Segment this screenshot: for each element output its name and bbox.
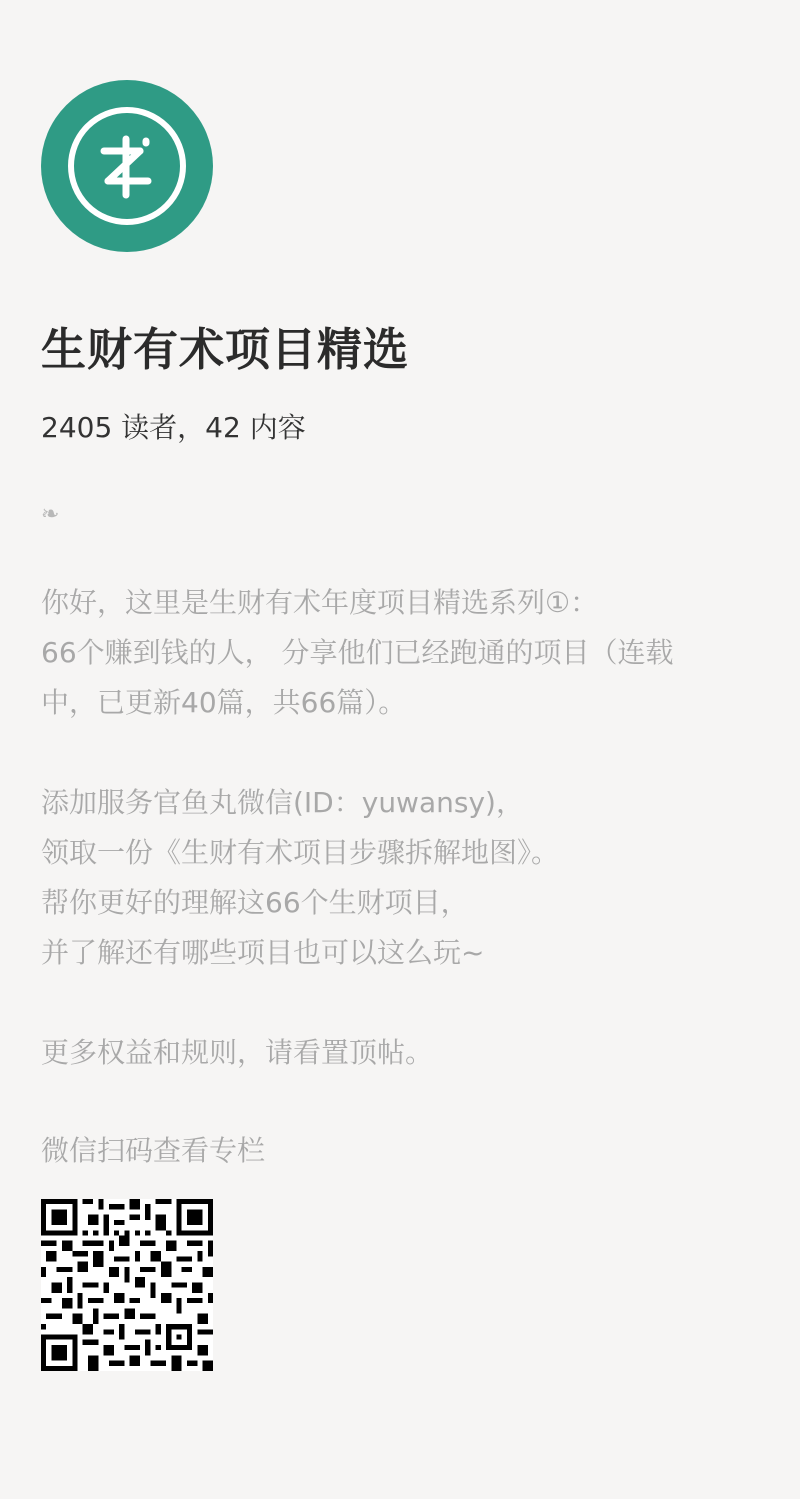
- qr-code-icon: [41, 1199, 213, 1371]
- description-line: 并了解还有哪些项目也可以这么玩~: [41, 928, 761, 978]
- column-stats: 2405 读者，42 内容: [41, 408, 306, 448]
- column-title: 生财有术项目精选: [41, 318, 409, 382]
- shengcai-logo-icon: [92, 131, 162, 201]
- description-line: 中，已更新40篇，共66篇）。: [41, 678, 761, 728]
- description-line: 你好，这里是生财有术年度项目精选系列①：: [41, 578, 761, 628]
- avatar-ring: [68, 107, 186, 225]
- qr-code[interactable]: [41, 1199, 213, 1371]
- description-line: 66个赚到钱的人， 分享他们已经跑通的项目（连载: [41, 628, 761, 678]
- description-line: 帮你更好的理解这66个生财项目，: [41, 878, 761, 928]
- description-paragraph: 添加服务官鱼丸微信(ID：yuwansy)， 领取一份《生财有术项目步骤拆解地图…: [41, 778, 761, 978]
- fleuron-divider-icon: ❧: [41, 500, 59, 530]
- description-line: 领取一份《生财有术项目步骤拆解地图》。: [41, 828, 761, 878]
- qr-label: 微信扫码查看专栏: [41, 1126, 265, 1176]
- description-paragraph: 你好，这里是生财有术年度项目精选系列①： 66个赚到钱的人， 分享他们已经跑通的…: [41, 578, 761, 728]
- column-description: 你好，这里是生财有术年度项目精选系列①： 66个赚到钱的人， 分享他们已经跑通的…: [41, 578, 761, 1078]
- description-paragraph: 更多权益和规则，请看置顶帖。: [41, 1028, 761, 1078]
- column-avatar: [41, 80, 213, 252]
- description-line: 添加服务官鱼丸微信(ID：yuwansy)，: [41, 778, 761, 828]
- description-line: 更多权益和规则，请看置顶帖。: [41, 1028, 761, 1078]
